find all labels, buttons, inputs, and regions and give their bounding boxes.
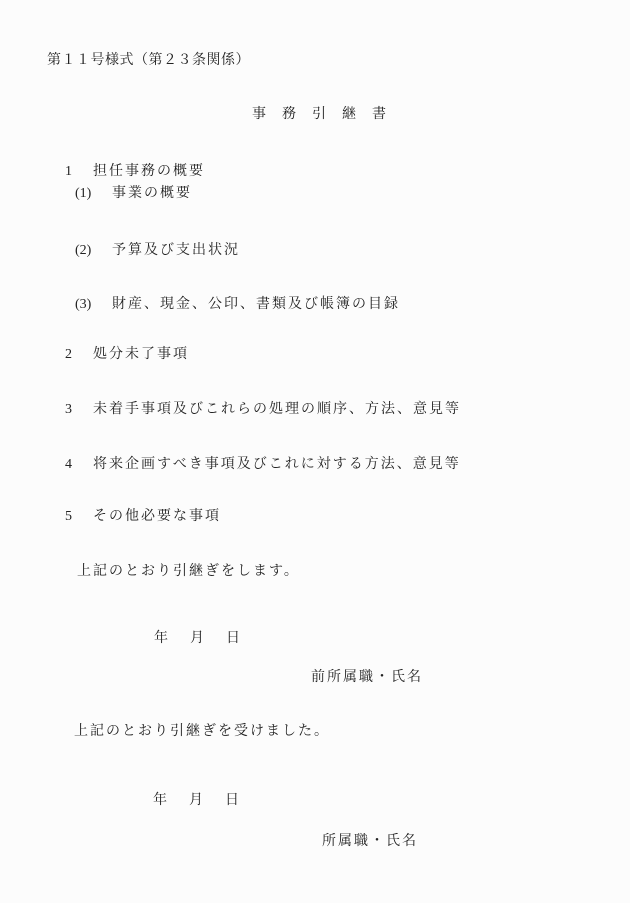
handover-month-label: 月 bbox=[190, 632, 204, 646]
outline-item-5: 5その他必要な事項 bbox=[65, 510, 221, 524]
outline-item-5-number: 5 bbox=[65, 510, 93, 524]
outline-item-3: 3未着手事項及びこれらの処理の順序、方法、意見等 bbox=[65, 403, 461, 417]
receipt-year-label: 年 bbox=[153, 794, 167, 808]
receipt-day-label: 日 bbox=[225, 794, 239, 808]
outline-item-1: 1担任事務の概要 bbox=[65, 165, 205, 179]
outline-item-4-number: 4 bbox=[65, 458, 93, 472]
outline-item-2-text: 処分未了事項 bbox=[93, 347, 189, 362]
outline-item-3-number: 3 bbox=[65, 403, 93, 417]
outline-item-1-1-number: (1) bbox=[75, 187, 112, 201]
receipt-statement: 上記のとおり引継ぎを受けました。 bbox=[74, 725, 330, 739]
form-number: 第１１号様式（第２３条関係） bbox=[47, 54, 250, 68]
outline-item-1-2-text: 予算及び支出状況 bbox=[112, 243, 240, 258]
outline-item-4-text: 将来企画すべき事項及びこれに対する方法、意見等 bbox=[93, 457, 461, 472]
handover-statement: 上記のとおり引継ぎをします。 bbox=[77, 565, 300, 579]
outline-item-4: 4将来企画すべき事項及びこれに対する方法、意見等 bbox=[65, 458, 461, 472]
document-title: 事 務 引 継 書 bbox=[252, 108, 387, 122]
handover-year-label: 年 bbox=[154, 632, 168, 646]
receipt-signature-label: 所属職・氏名 bbox=[322, 835, 418, 849]
outline-item-3-text: 未着手事項及びこれらの処理の順序、方法、意見等 bbox=[93, 402, 461, 417]
outline-item-1-3: (3)財産、現金、公印、書類及び帳簿の目録 bbox=[75, 298, 400, 312]
outline-item-1-2: (2)予算及び支出状況 bbox=[75, 244, 240, 258]
handover-day-label: 日 bbox=[226, 632, 240, 646]
handover-date-line: 年月日 bbox=[140, 618, 240, 660]
outline-item-1-1: (1)事業の概要 bbox=[75, 187, 192, 201]
receipt-month-label: 月 bbox=[189, 794, 203, 808]
receipt-date-line: 年月日 bbox=[139, 780, 239, 822]
document-page: 第１１号様式（第２３条関係） 事 務 引 継 書 1担任事務の概要 (1)事業の… bbox=[0, 0, 630, 903]
outline-item-2: 2処分未了事項 bbox=[65, 348, 189, 362]
outline-item-1-3-number: (3) bbox=[75, 298, 112, 312]
outline-item-1-2-number: (2) bbox=[75, 244, 112, 258]
outline-item-1-number: 1 bbox=[65, 165, 93, 179]
outline-item-1-3-text: 財産、現金、公印、書類及び帳簿の目録 bbox=[112, 297, 400, 312]
outline-item-2-number: 2 bbox=[65, 348, 93, 362]
handover-signature-label: 前所属職・氏名 bbox=[311, 671, 423, 685]
outline-item-1-1-text: 事業の概要 bbox=[112, 186, 192, 201]
outline-item-5-text: その他必要な事項 bbox=[93, 509, 221, 524]
outline-item-1-text: 担任事務の概要 bbox=[93, 164, 205, 179]
